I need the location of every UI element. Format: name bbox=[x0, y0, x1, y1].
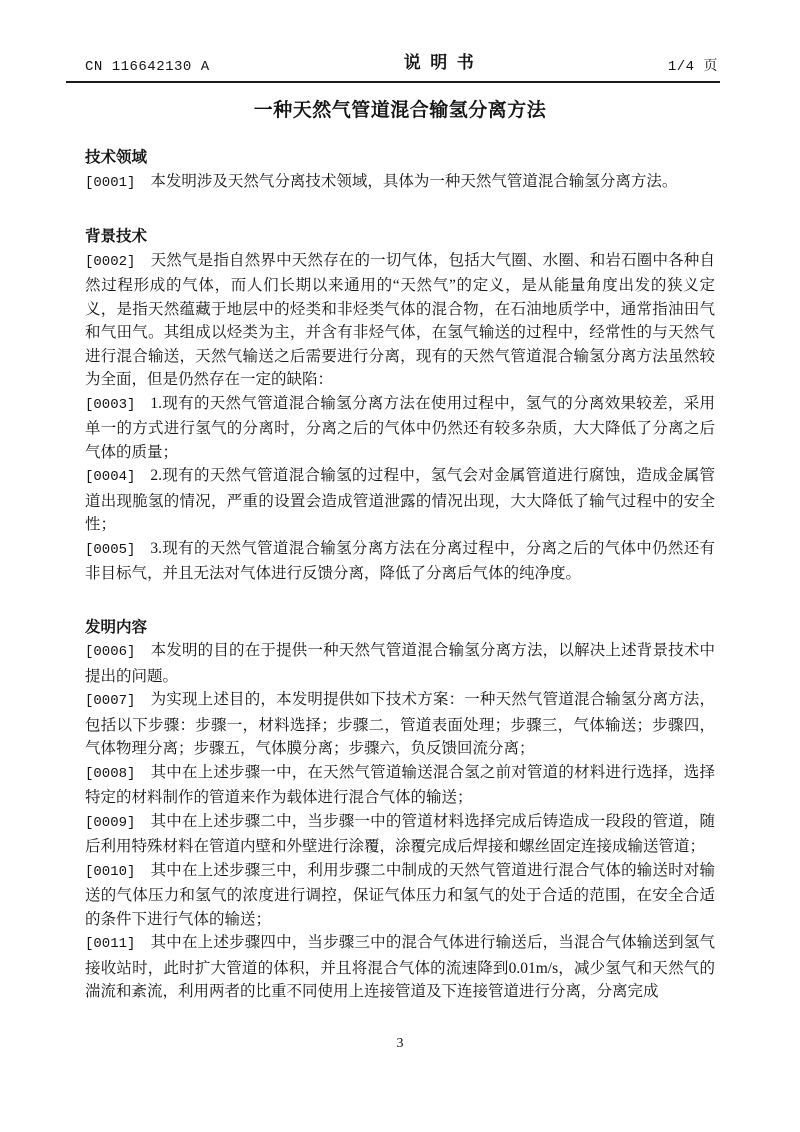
section-heading-background-art: 背景技术 bbox=[85, 225, 715, 249]
paragraph-0008: [0008]其中在上述步骤一中，在天然气管道输送混合氢之前对管道的材料进行选择，… bbox=[85, 761, 715, 810]
section-technical-field: 技术领域 [0001]本发明涉及天然气分离技术领域，具体为一种天然气管道混合输氢… bbox=[85, 146, 715, 195]
paragraph-number: [0005] bbox=[85, 542, 135, 558]
paragraph-number: [0002] bbox=[85, 254, 135, 270]
paragraph-number: [0004] bbox=[85, 469, 135, 485]
paragraph-text: 其中在上述步骤二中，当步骤一中的管道材料选择完成后铸造成一段段的管道，随后利用特… bbox=[85, 813, 715, 856]
footer-page-number: 3 bbox=[0, 1036, 800, 1052]
paragraph-number: [0010] bbox=[85, 864, 135, 880]
paragraph-0007: [0007]为实现上述目的，本发明提供如下技术方案：一种天然气管道混合输氢分离方… bbox=[85, 688, 715, 761]
paragraph-0005: [0005]3.现有的天然气管道混合输氢分离方法在分离过程中，分离之后的气体中仍… bbox=[85, 537, 715, 586]
paragraph-text: 天然气是指自然界中天然存在的一切气体，包括大气圈、水圈、和岩石圈中各种自然过程形… bbox=[85, 252, 715, 389]
paragraph-number: [0001] bbox=[85, 175, 135, 191]
paragraph-0011: [0011]其中在上述步骤四中，当步骤三中的混合气体进行输送后，当混合气体输送到… bbox=[85, 931, 715, 1004]
page-indicator: 1/4 页 bbox=[668, 55, 718, 75]
paragraph-text: 3.现有的天然气管道混合输氢分离方法在分离过程中，分离之后的气体中仍然还有非目标… bbox=[85, 540, 715, 583]
paragraph-text: 本发明的目的在于提供一种天然气管道混合输氢分离方法，以解决上述背景技术中提出的问… bbox=[85, 642, 715, 685]
paragraph-text: 其中在上述步骤三中，利用步骤二中制成的天然气管道进行混合气体的输送时对输送的气体… bbox=[85, 862, 715, 928]
paragraph-0010: [0010]其中在上述步骤三中，利用步骤二中制成的天然气管道进行混合气体的输送时… bbox=[85, 859, 715, 932]
paragraph-0009: [0009]其中在上述步骤二中，当步骤一中的管道材料选择完成后铸造成一段段的管道… bbox=[85, 810, 715, 859]
paragraph-number: [0009] bbox=[85, 815, 135, 831]
paragraph-text: 其中在上述步骤一中，在天然气管道输送混合氢之前对管道的材料进行选择，选择特定的材… bbox=[85, 764, 715, 807]
paragraph-number: [0006] bbox=[85, 644, 135, 660]
document-body: 技术领域 [0001]本发明涉及天然气分离技术领域，具体为一种天然气管道混合输氢… bbox=[85, 146, 715, 1004]
page-header: CN 116642130 A 说 明 书 1/4 页 bbox=[66, 50, 720, 83]
paragraph-text: 1.现有的天然气管道混合输氢分离方法在使用过程中，氢气的分离效果较差，采用单一的… bbox=[85, 395, 715, 461]
paragraph-text: 其中在上述步骤四中，当步骤三中的混合气体进行输送后，当混合气体输送到氢气接收站时… bbox=[85, 934, 715, 1000]
paragraph-0006: [0006]本发明的目的在于提供一种天然气管道混合输氢分离方法，以解决上述背景技… bbox=[85, 639, 715, 688]
paragraph-0001: [0001]本发明涉及天然气分离技术领域，具体为一种天然气管道混合输氢分离方法。 bbox=[85, 170, 715, 196]
paragraph-text: 本发明涉及天然气分离技术领域，具体为一种天然气管道混合输氢分离方法。 bbox=[150, 173, 677, 190]
paragraph-text: 为实现上述目的，本发明提供如下技术方案：一种天然气管道混合输氢分离方法，包括以下… bbox=[85, 691, 715, 757]
paragraph-0003: [0003]1.现有的天然气管道混合输氢分离方法在使用过程中，氢气的分离效果较差… bbox=[85, 392, 715, 465]
paragraph-number: [0007] bbox=[85, 693, 135, 709]
paragraph-number: [0008] bbox=[85, 766, 135, 782]
section-heading-technical-field: 技术领域 bbox=[85, 146, 715, 170]
paragraph-number: [0011] bbox=[85, 936, 135, 952]
document-type-label: 说 明 书 bbox=[404, 48, 474, 73]
paragraph-0004: [0004]2.现有的天然气管道混合输氢的过程中，氢气会对金属管道进行腐蚀，造成… bbox=[85, 464, 715, 537]
section-background-art: 背景技术 [0002]天然气是指自然界中天然存在的一切气体，包括大气圈、水圈、和… bbox=[85, 225, 715, 586]
document-number: CN 116642130 A bbox=[85, 59, 210, 75]
section-summary-of-invention: 发明内容 [0006]本发明的目的在于提供一种天然气管道混合输氢分离方法，以解决… bbox=[85, 616, 715, 1004]
section-heading-summary-of-invention: 发明内容 bbox=[85, 616, 715, 640]
paragraph-0002: [0002]天然气是指自然界中天然存在的一切气体，包括大气圈、水圈、和岩石圈中各… bbox=[85, 249, 715, 392]
invention-title: 一种天然气管道混合输氢分离方法 bbox=[0, 95, 800, 122]
paragraph-number: [0003] bbox=[85, 397, 135, 413]
paragraph-text: 2.现有的天然气管道混合输氢的过程中，氢气会对金属管道进行腐蚀，造成金属管道出现… bbox=[85, 467, 715, 533]
patent-specification-page: CN 116642130 A 说 明 书 1/4 页 一种天然气管道混合输氢分离… bbox=[0, 0, 800, 1132]
